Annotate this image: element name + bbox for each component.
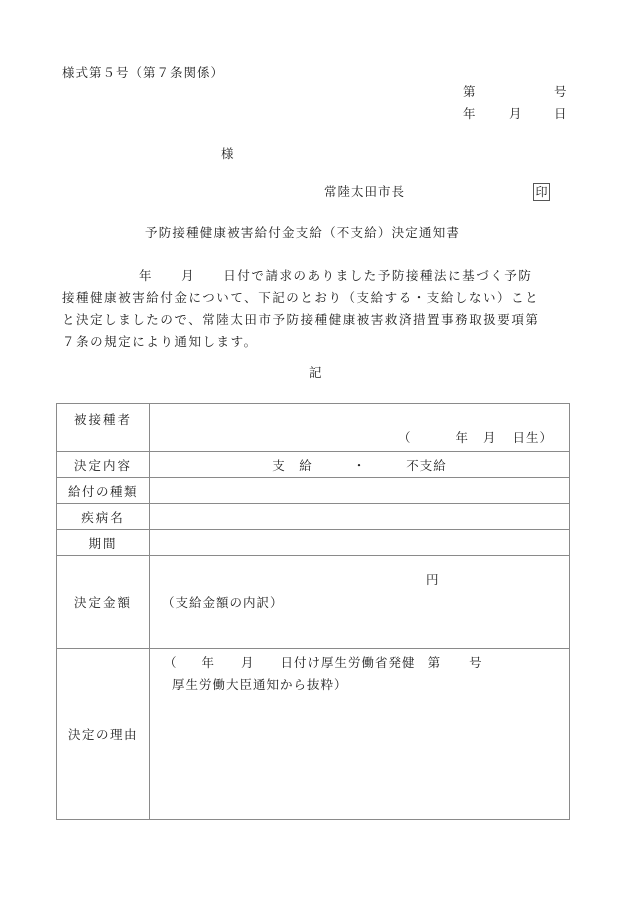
table-row-benefit-type: 給付の種類 (57, 478, 570, 504)
table-row-amount: 決定金額 円 （支給金額の内訳） (57, 556, 570, 649)
label-decision-reason: 決定の理由 (57, 649, 150, 820)
field-period[interactable] (150, 530, 570, 556)
table-row-disease: 疾病名 (57, 504, 570, 530)
field-decision-amount[interactable]: 円 （支給金額の内訳） (150, 556, 570, 649)
recipient-honorific: 様 (221, 148, 234, 161)
issue-number-suffix: 号 (554, 86, 567, 99)
amount-breakdown-label: （支給金額の内訳） (162, 593, 284, 611)
birth-date-field: （年月日生） (398, 428, 553, 446)
body-paragraph: 年 月 日付で請求のありました予防接種法に基づく予防 接種健康被害給付金について… (62, 265, 572, 353)
label-period: 期間 (57, 530, 150, 556)
label-benefit-type: 給付の種類 (57, 478, 150, 504)
decision-options: 支 給・不支給 (150, 456, 569, 474)
ki-heading: 記 (309, 367, 322, 380)
table-row-decision: 決定内容 支 給・不支給 (57, 452, 570, 478)
date-day-label: 日 (554, 108, 567, 121)
table-row-period: 期間 (57, 530, 570, 556)
option-no-pay[interactable]: 不支給 (406, 456, 447, 474)
issue-number-prefix: 第 (463, 86, 476, 99)
seal-icon: 印 (533, 183, 550, 201)
date-year-label: 年 (463, 108, 476, 121)
label-vaccinee: 被接種者 (57, 404, 150, 452)
field-benefit-type[interactable] (150, 478, 570, 504)
reason-source-line: 厚生労働大臣通知から抜粋） (172, 675, 348, 693)
body-line-4: ７条の規定により通知します。 (62, 331, 572, 353)
date-month-label: 月 (509, 108, 522, 121)
reason-reference-line: （年月日付け厚生労働省発健第号 (164, 653, 483, 671)
document-title: 予防接種健康被害給付金支給（不支給）決定通知書 (145, 227, 460, 240)
decision-form-table: 被接種者 （年月日生） 決定内容 支 給・不支給 給付の種類 疾病名 期間 決定… (56, 403, 570, 820)
table-row-reason: 決定の理由 （年月日付け厚生労働省発健第号 厚生労働大臣通知から抜粋） (57, 649, 570, 820)
field-decision-reason[interactable]: （年月日付け厚生労働省発健第号 厚生労働大臣通知から抜粋） (150, 649, 570, 820)
sender-name: 常陸太田市長 (324, 186, 405, 199)
body-line-2: 接種健康被害給付金について、下記のとおり（支給する・支給しない）こと (62, 287, 572, 309)
table-row-recipient: 被接種者 （年月日生） (57, 404, 570, 452)
form-number: 様式第５号（第７条関係） (62, 67, 224, 80)
field-disease-name[interactable] (150, 504, 570, 530)
label-disease-name: 疾病名 (57, 504, 150, 530)
option-separator: ・ (353, 456, 367, 474)
yen-unit: 円 (426, 570, 439, 588)
body-line-1: 年 月 日付で請求のありました予防接種法に基づく予防 (62, 265, 572, 287)
label-decision-content: 決定内容 (57, 452, 150, 478)
option-pay[interactable]: 支 給 (272, 456, 313, 474)
body-line-3: と決定しましたので、常陸太田市予防接種健康被害救済措置事務取扱要項第 (62, 309, 572, 331)
field-vaccinee[interactable]: （年月日生） (150, 404, 570, 452)
label-decision-amount: 決定金額 (57, 556, 150, 649)
field-decision-content[interactable]: 支 給・不支給 (150, 452, 570, 478)
